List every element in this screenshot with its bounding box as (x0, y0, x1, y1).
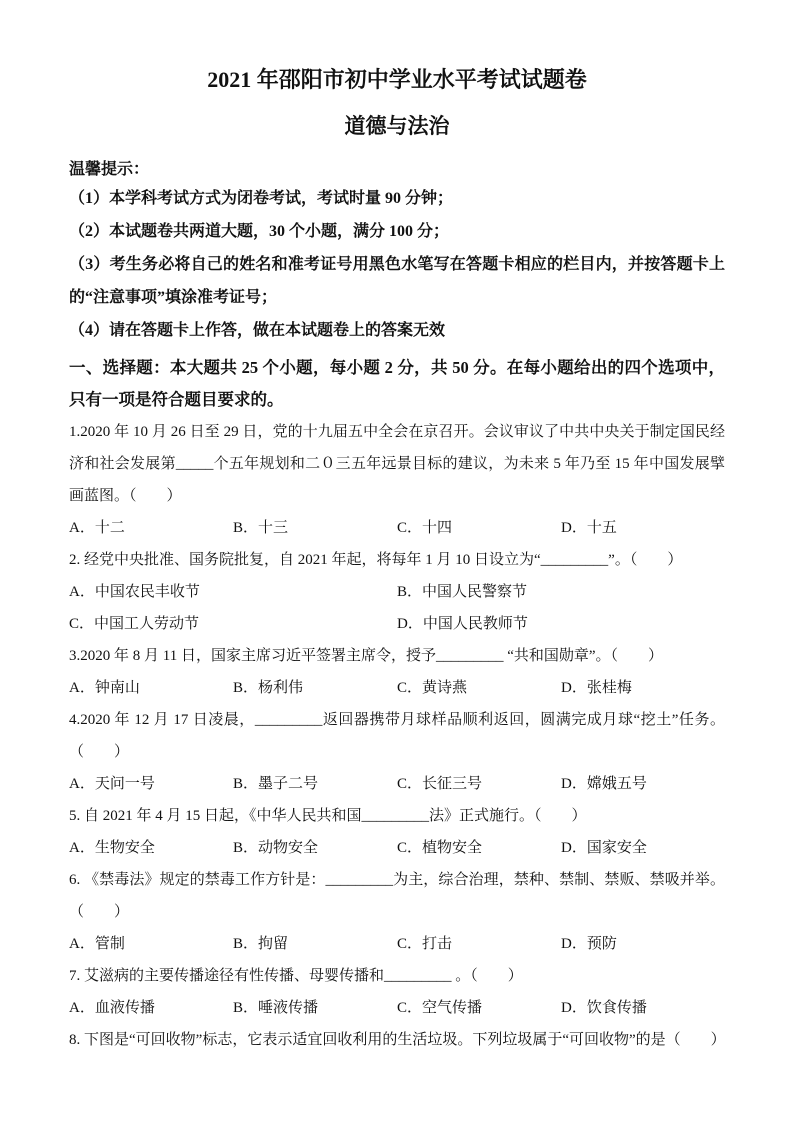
option-6-a: A．管制 (69, 928, 233, 960)
question-options-6: A．管制 B．拘留 C．打击 D．预防 (69, 928, 725, 960)
option-1-a: A．十二 (69, 512, 233, 544)
notice-item-4: （4）请在答题卡上作答，做在本试题卷上的答案无效 (69, 314, 725, 347)
exam-paper-page: 2021 年邵阳市初中学业水平考试试题卷 道德与法治 温馨提示： （1）本学科考… (0, 0, 793, 1122)
question-stem-5: 5. 自 2021 年 4 月 15 日起，《中华人民共和国_________法… (69, 800, 725, 832)
question-options-1: A．十二 B．十三 C．十四 D．十五 (69, 512, 725, 544)
option-6-b: B．拘留 (233, 928, 397, 960)
question-stem-3: 3.2020 年 8 月 11 日，国家主席习近平签署主席令，授予_______… (69, 640, 725, 672)
option-7-a: A．血液传播 (69, 992, 233, 1024)
question-options-4: A．天问一号 B．墨子二号 C．长征三号 D．嫦娥五号 (69, 768, 725, 800)
option-6-d: D．预防 (561, 928, 725, 960)
option-3-c: C．黄诗燕 (397, 672, 561, 704)
question-stem-8: 8. 下图是“可回收物”标志，它表示适宜回收利用的生活垃圾。下列垃圾属于“可回收… (69, 1024, 725, 1056)
question-options-7: A．血液传播 B．唾液传播 C．空气传播 D．饮食传播 (69, 992, 725, 1024)
option-5-c: C．植物安全 (397, 832, 561, 864)
option-1-b: B．十三 (233, 512, 397, 544)
notice-item-1: （1）本学科考试方式为闭卷考试，考试时量 90 分钟； (69, 182, 725, 215)
option-1-d: D．十五 (561, 512, 725, 544)
option-4-c: C．长征三号 (397, 768, 561, 800)
question-stem-4: 4.2020 年 12 月 17 日凌晨，_________返回器携带月球样品顺… (69, 704, 725, 768)
notice-item-3: （3）考生务必将自己的姓名和准考证号用黑色水笔写在答题卡相应的栏目内，并按答题卡… (69, 248, 725, 314)
section-heading: 一、选择题：本大题共 25 个小题，每小题 2 分，共 50 分。在每小题给出的… (69, 352, 725, 416)
question-stem-1: 1.2020 年 10 月 26 日至 29 日，党的十九届五中全会在京召开。会… (69, 416, 725, 512)
question-options-5: A．生物安全 B．动物安全 C．植物安全 D．国家安全 (69, 832, 725, 864)
option-6-c: C．打击 (397, 928, 561, 960)
option-5-d: D．国家安全 (561, 832, 725, 864)
notice-item-2: （2）本试题卷共两道大题，30 个小题，满分 100 分； (69, 215, 725, 248)
page-subtitle: 道德与法治 (69, 111, 725, 141)
notice-heading: 温馨提示： (69, 158, 725, 182)
option-1-c: C．十四 (397, 512, 561, 544)
page-title: 2021 年邵阳市初中学业水平考试试题卷 (69, 64, 725, 96)
option-3-d: D．张桂梅 (561, 672, 725, 704)
option-4-a: A．天问一号 (69, 768, 233, 800)
question-stem-6: 6. 《禁毒法》规定的禁毒工作方针是：_________为主，综合治理，禁种、禁… (69, 864, 725, 928)
option-5-b: B．动物安全 (233, 832, 397, 864)
option-3-b: B．杨利伟 (233, 672, 397, 704)
option-2-d: D．中国人民教师节 (397, 608, 725, 640)
option-2-a: A．中国农民丰收节 (69, 576, 397, 608)
option-4-d: D．嫦娥五号 (561, 768, 725, 800)
option-2-b: B．中国人民警察节 (397, 576, 725, 608)
option-4-b: B．墨子二号 (233, 768, 397, 800)
question-stem-2: 2. 经党中央批准、国务院批复，自 2021 年起，将每年 1 月 10 日设立… (69, 544, 725, 576)
option-2-c: C．中国工人劳动节 (69, 608, 397, 640)
option-3-a: A．钟南山 (69, 672, 233, 704)
option-7-b: B．唾液传播 (233, 992, 397, 1024)
option-7-c: C．空气传播 (397, 992, 561, 1024)
option-7-d: D．饮食传播 (561, 992, 725, 1024)
question-stem-7: 7. 艾滋病的主要传播途径有性传播、母婴传播和_________ 。（ ） (69, 960, 725, 992)
question-options-3: A．钟南山 B．杨利伟 C．黄诗燕 D．张桂梅 (69, 672, 725, 704)
option-5-a: A．生物安全 (69, 832, 233, 864)
question-options-2: A．中国农民丰收节 B．中国人民警察节 C．中国工人劳动节 D．中国人民教师节 (69, 576, 725, 640)
